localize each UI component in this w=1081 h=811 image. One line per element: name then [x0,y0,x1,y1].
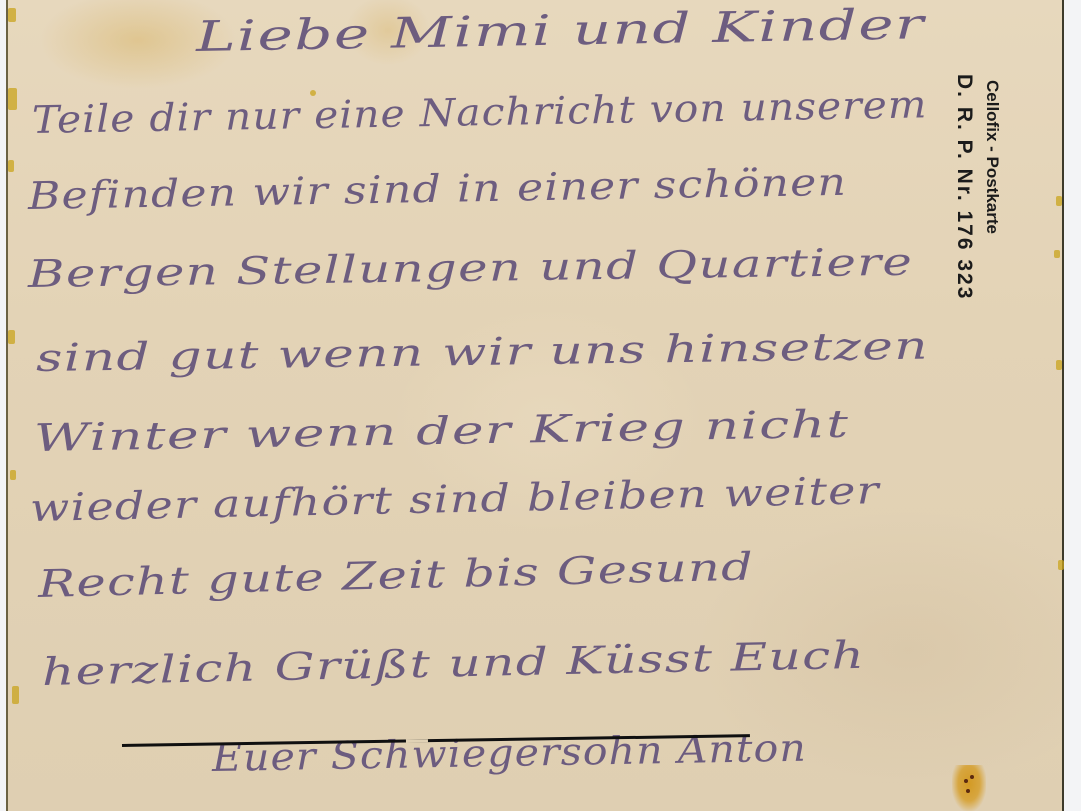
edge-stain [8,88,17,110]
edge-stain [8,160,14,172]
edge-stain [8,8,16,22]
edge-stain [1056,196,1062,206]
imprint-brand: Cellofix - Postkarte [982,80,1002,234]
edge-stain [1054,250,1060,258]
edge-stain [1056,360,1062,370]
edge-stain [10,470,16,480]
imprint-patent-number: D. R. P. Nr. 176 323 [952,74,976,300]
ink-stain [952,765,986,811]
edge-stain [8,330,15,344]
edge-stain [1058,560,1064,570]
edge-stain [12,686,19,704]
